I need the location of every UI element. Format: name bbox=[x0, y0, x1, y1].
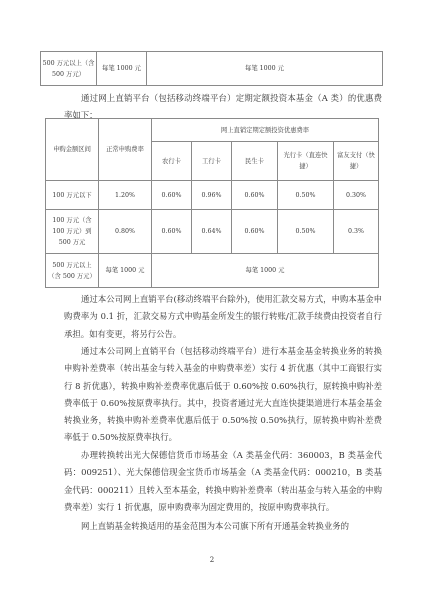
range-cell: 500 万元以上（含 500 万元） bbox=[46, 254, 99, 288]
header-channel: 富友支付（快捷） bbox=[334, 142, 379, 181]
table-header-row: 申购金额区间 正常申购费率 网上直销定期定额投资优惠费率 bbox=[46, 119, 379, 142]
discount-rate-cell: 每笔 1000 元 bbox=[147, 52, 383, 86]
rate-cell: 0.3% bbox=[334, 210, 379, 254]
discount-rate-cell: 每笔 1000 元 bbox=[152, 254, 379, 288]
header-range: 申购金额区间 bbox=[46, 119, 99, 181]
page-number: 2 bbox=[0, 556, 424, 564]
document-page: 500 万元以上（含 500 万元） 每笔 1000 元 每笔 1000 元 通… bbox=[0, 0, 424, 600]
header-normal-rate: 正常申购费率 bbox=[99, 119, 152, 181]
table-row: 500 万元以上（含 500 万元） 每笔 1000 元 每笔 1000 元 bbox=[41, 52, 383, 86]
rate-cell: 0.50% bbox=[278, 181, 334, 210]
rate-cell: 0.64% bbox=[192, 210, 232, 254]
sip-fee-table: 申购金额区间 正常申购费率 网上直销定期定额投资优惠费率 农行卡 工行卡 民生卡… bbox=[45, 118, 379, 288]
table-row: 500 万元以上（含 500 万元） 每笔 1000 元 每笔 1000 元 bbox=[46, 254, 379, 288]
paragraph-fund-scope: 网上直销基金转换适用的基金范围为本公司旗下所有开通基金转换业务的 bbox=[64, 518, 382, 535]
rate-cell: 0.60% bbox=[232, 210, 278, 254]
range-cell: 100 万元（含 100 万元）到 500 万元 bbox=[46, 210, 99, 254]
table-row: 100 万元以下 1.20% 0.60% 0.96% 0.60% 0.50% 0… bbox=[46, 181, 379, 210]
header-channel: 民生卡 bbox=[232, 142, 278, 181]
paragraph-money-fund: 办理转换转出光大保德信货币市场基金（A 类基金代码：360003，B 类基金代码… bbox=[64, 447, 382, 516]
rate-cell: 0.60% bbox=[152, 181, 192, 210]
range-cell: 500 万元以上（含 500 万元） bbox=[41, 52, 97, 86]
header-group: 网上直销定期定额投资优惠费率 bbox=[152, 119, 379, 142]
header-channel: 农行卡 bbox=[152, 142, 192, 181]
rate-cell: 0.60% bbox=[152, 210, 192, 254]
normal-rate-cell: 每笔 1000 元 bbox=[99, 254, 152, 288]
normal-rate-cell: 1.20% bbox=[99, 181, 152, 210]
normal-rate-cell: 每笔 1000 元 bbox=[97, 52, 147, 86]
paragraph-remittance: 通过本公司网上直销平台(移动终端平台除外)，使用汇款交易方式，申购本基金申购费率… bbox=[64, 291, 382, 343]
rate-cell: 0.60% bbox=[232, 181, 278, 210]
rate-cell: 0.30% bbox=[334, 181, 379, 210]
paragraph-conversion: 通过本公司网上直销平台（包括移动终端平台）进行本基金基金转换业务的转换申购补差费… bbox=[64, 343, 382, 447]
normal-rate-cell: 0.80% bbox=[99, 210, 152, 254]
table-row: 100 万元（含 100 万元）到 500 万元 0.80% 0.60% 0.6… bbox=[46, 210, 379, 254]
rate-cell: 0.96% bbox=[192, 181, 232, 210]
header-channel: 工行卡 bbox=[192, 142, 232, 181]
range-cell: 100 万元以下 bbox=[46, 181, 99, 210]
rate-cell: 0.50% bbox=[278, 210, 334, 254]
fee-table-continued: 500 万元以上（含 500 万元） 每笔 1000 元 每笔 1000 元 bbox=[40, 51, 383, 86]
header-channel: 光行卡（直连快捷） bbox=[278, 142, 334, 181]
